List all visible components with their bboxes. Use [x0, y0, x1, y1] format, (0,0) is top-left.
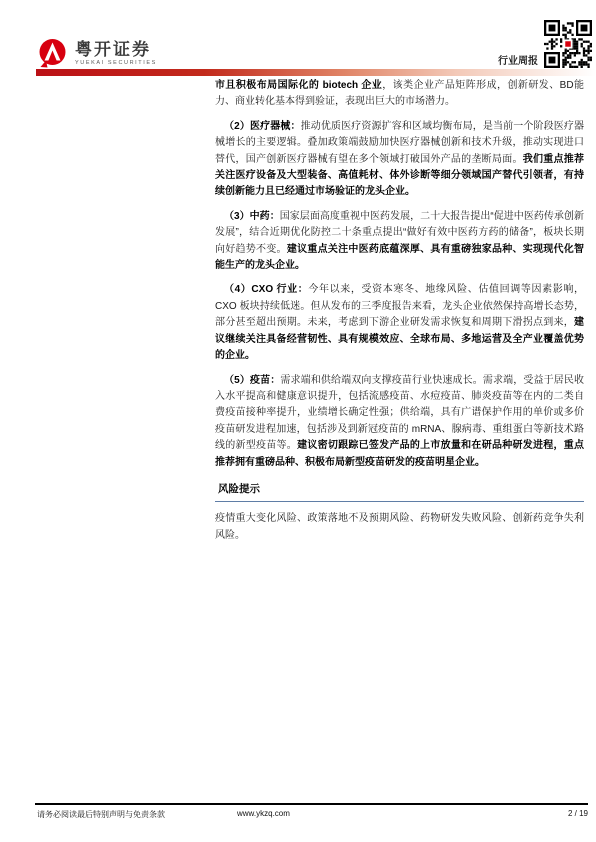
paragraph: （5）疫苗：需求端和供给端双向支撑疫苗行业快速成长。需求端，受益于居民收入水平提… [215, 373, 584, 471]
paragraph: 市且积极布局国际化的 biotech 企业，该类企业产品矩阵形成，创新研发、BD… [215, 78, 584, 111]
yuekai-logo-icon [36, 38, 68, 70]
risk-section-title: 风险提示 [215, 481, 584, 497]
footer-page-number: 2 / 19 [568, 809, 588, 818]
qr-code [544, 20, 592, 68]
brand-name-en: YUEKAI SECURITIES [75, 61, 157, 67]
footer-rule [35, 803, 588, 805]
page-header: 粤开证券 YUEKAI SECURITIES 行业周报 [0, 0, 596, 80]
paragraph: （3）中药：国家层面高度重视中医药发展，二十大报告提出“促进中医药传承创新发展”… [215, 209, 584, 275]
brand-name-cn: 粤开证券 [75, 41, 157, 58]
report-page: { "header": { "brand_cn": "粤开证券", "brand… [0, 0, 596, 842]
paragraph: （4）CXO 行业：今年以来，受资本寒冬、地缘风险、估值回调等因素影响，CXO … [215, 282, 584, 364]
footer-website: www.ykzq.com [237, 809, 290, 818]
footer-disclaimer: 请务必阅读最后特别声明与免责条款 [37, 809, 165, 820]
report-type-label: 行业周报 [498, 52, 538, 67]
brand-text: 粤开证券 YUEKAI SECURITIES [75, 41, 157, 67]
brand-logo: 粤开证券 YUEKAI SECURITIES [36, 38, 157, 70]
risk-section-text: 疫情重大变化风险、政策落地不及预期风险、药物研发失败风险、创新药竞争失利风险。 [215, 511, 584, 544]
risk-section: 风险提示 疫情重大变化风险、政策落地不及预期风险、药物研发失败风险、创新药竞争失… [215, 481, 584, 544]
body-paragraphs: 市且积极布局国际化的 biotech 企业，该类企业产品矩阵形成，创新研发、BD… [215, 78, 584, 471]
risk-section-rule [215, 501, 584, 502]
report-body: 市且积极布局国际化的 biotech 企业，该类企业产品矩阵形成，创新研发、BD… [215, 70, 584, 544]
paragraph: （2）医疗器械：推动优质医疗资源扩容和区域均衡布局，是当前一个阶段医疗器械增长的… [215, 119, 584, 201]
